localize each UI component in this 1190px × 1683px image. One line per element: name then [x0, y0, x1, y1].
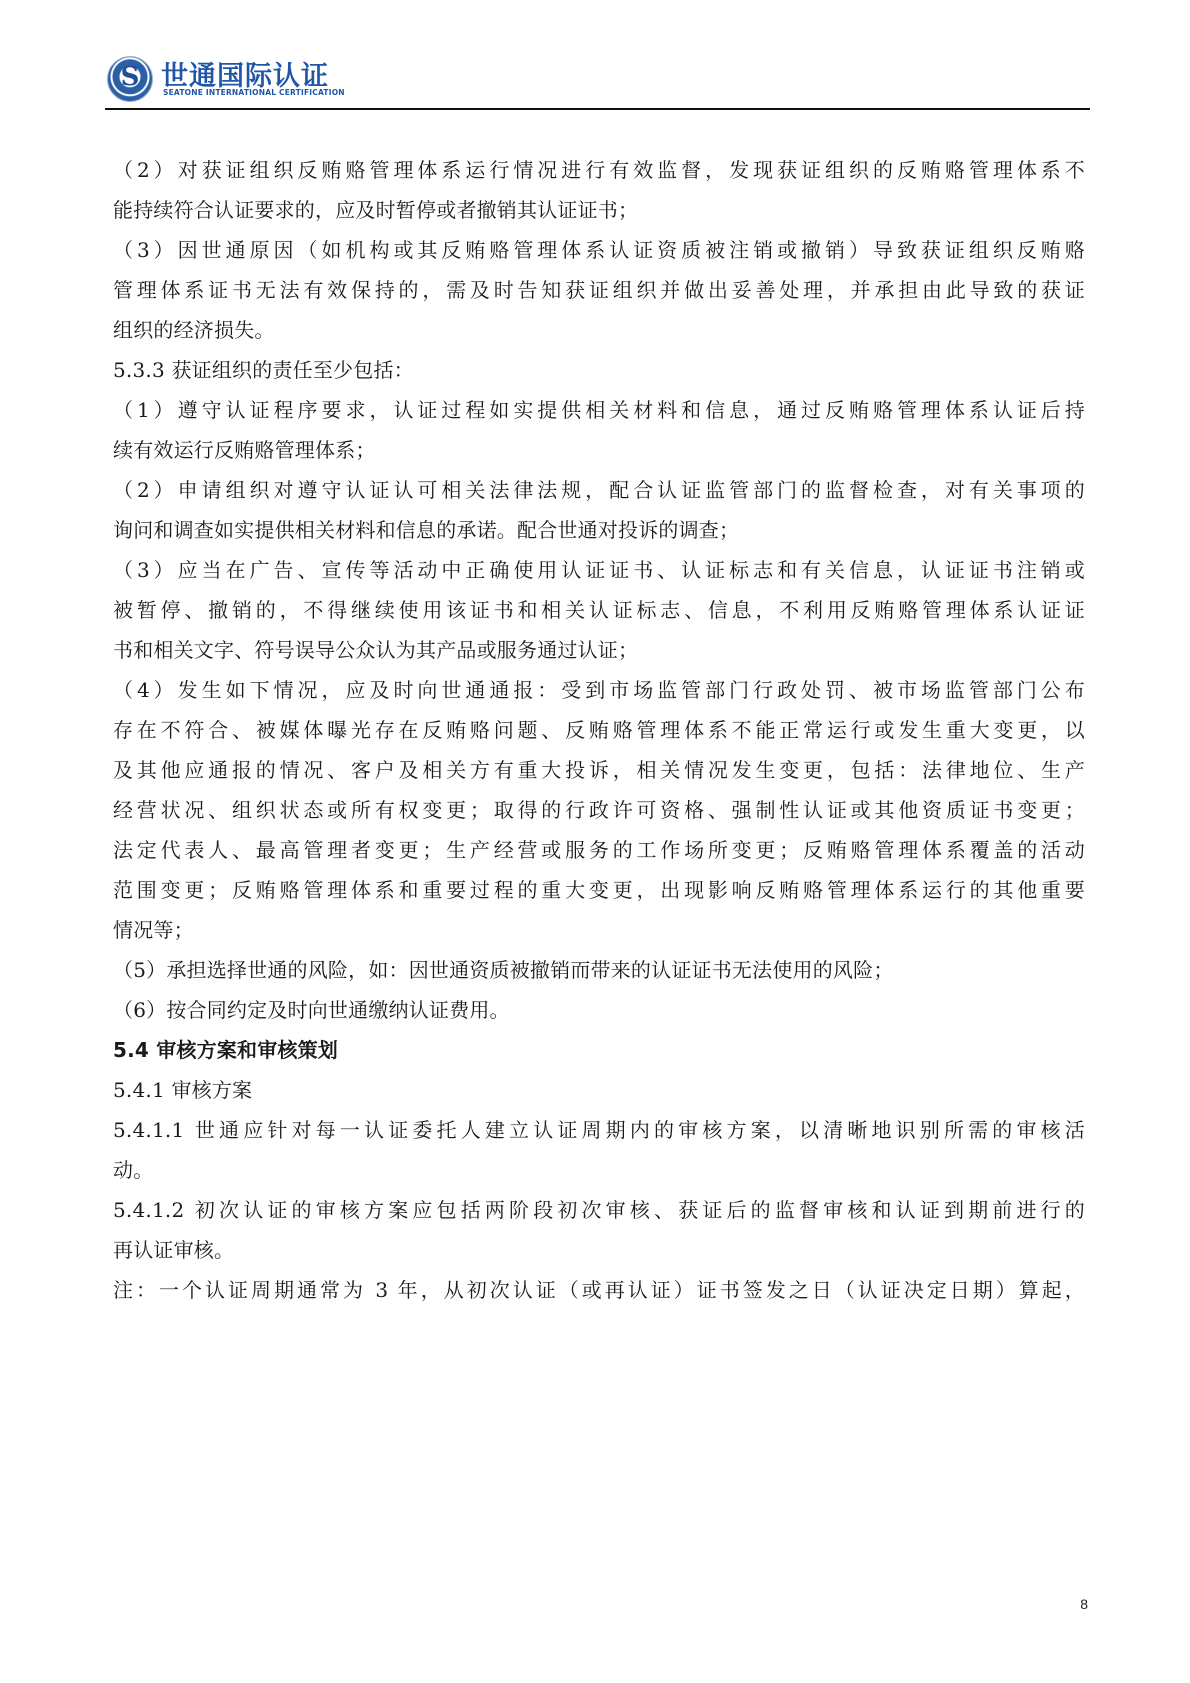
body-line: 管理体系证书无法有效保持的，需及时告知获证组织并做出妥善处理，并承担由此导致的获…	[113, 270, 1085, 310]
body-line: 经营状况、组织状态或所有权变更；取得的行政许可资格、强制性认证或其他资质证书变更…	[113, 790, 1085, 830]
body-line: （3）因世通原因（如机构或其反贿赂管理体系认证资质被注销或撤销）导致获证组织反贿…	[113, 230, 1085, 270]
body-line: 再认证审核。	[113, 1230, 1085, 1270]
header-divider	[105, 108, 1090, 110]
subsection-title: 5.4.1 审核方案	[113, 1070, 1085, 1110]
body-line: （5）承担选择世通的风险，如：因世通资质被撤销而带来的认证证书无法使用的风险；	[113, 950, 1085, 990]
logo-letter: S	[108, 62, 152, 92]
body-line: 及其他应通报的情况、客户及相关方有重大投诉，相关情况发生变更，包括：法律地位、生…	[113, 750, 1085, 790]
body-line: （4）发生如下情况，应及时向世通通报：受到市场监管部门行政处罚、被市场监管部门公…	[113, 670, 1085, 710]
body-line: （2）申请组织对遵守认证认可相关法律法规，配合认证监管部门的监督检查，对有关事项…	[113, 470, 1085, 510]
page-number: 8	[1080, 1596, 1088, 1612]
body-line: （2）对获证组织反贿赂管理体系运行情况进行有效监督，发现获证组织的反贿赂管理体系…	[113, 150, 1085, 190]
body-line: （1）遵守认证程序要求，认证过程如实提供相关材料和信息，通过反贿赂管理体系认证后…	[113, 390, 1085, 430]
body-line: （6）按合同约定及时向世通缴纳认证费用。	[113, 990, 1085, 1030]
body-line: 5.4.1.2 初次认证的审核方案应包括两阶段初次审核、获证后的监督审核和认证到…	[113, 1190, 1085, 1230]
body-line: 能持续符合认证要求的，应及时暂停或者撤销其认证证书；	[113, 190, 1085, 230]
body-line: 法定代表人、最高管理者变更；生产经营或服务的工作场所变更；反贿赂管理体系覆盖的活…	[113, 830, 1085, 870]
seatone-logo-icon: S	[107, 56, 153, 102]
body-line: 情况等；	[113, 910, 1085, 950]
body-line: 范围变更；反贿赂管理体系和重要过程的重大变更，出现影响反贿赂管理体系运行的其他重…	[113, 870, 1085, 910]
body-line: 询问和调查如实提供相关材料和信息的承诺。配合世通对投诉的调查；	[113, 510, 1085, 550]
document-body: （2）对获证组织反贿赂管理体系运行情况进行有效监督，发现获证组织的反贿赂管理体系…	[113, 150, 1085, 1310]
body-line: 动。	[113, 1150, 1085, 1190]
brand-name-en: SEATONE INTERNATIONAL CERTIFICATION	[163, 88, 345, 97]
body-line: 组织的经济损失。	[113, 310, 1085, 350]
body-line: 存在不符合、被媒体曝光存在反贿赂问题、反贿赂管理体系不能正常运行或发生重大变更，…	[113, 710, 1085, 750]
document-header: S 世通国际认证 SEATONE INTERNATIONAL CERTIFICA…	[105, 52, 1090, 110]
body-line: 续有效运行反贿赂管理体系；	[113, 430, 1085, 470]
body-line: 书和相关文字、符号误导公众认为其产品或服务通过认证；	[113, 630, 1085, 670]
note-line: 注：一个认证周期通常为 3 年，从初次认证（或再认证）证书签发之日（认证决定日期…	[113, 1270, 1085, 1310]
clause-title: 5.3.3 获证组织的责任至少包括：	[113, 350, 1085, 390]
body-line: 被暂停、撤销的，不得继续使用该证书和相关认证标志、信息，不利用反贿赂管理体系认证…	[113, 590, 1085, 630]
body-line: 5.4.1.1 世通应针对每一认证委托人建立认证周期内的审核方案，以清晰地识别所…	[113, 1110, 1085, 1150]
body-line: （3）应当在广告、宣传等活动中正确使用认证证书、认证标志和有关信息，认证证书注销…	[113, 550, 1085, 590]
section-heading: 5.4 审核方案和审核策划	[113, 1030, 1085, 1070]
